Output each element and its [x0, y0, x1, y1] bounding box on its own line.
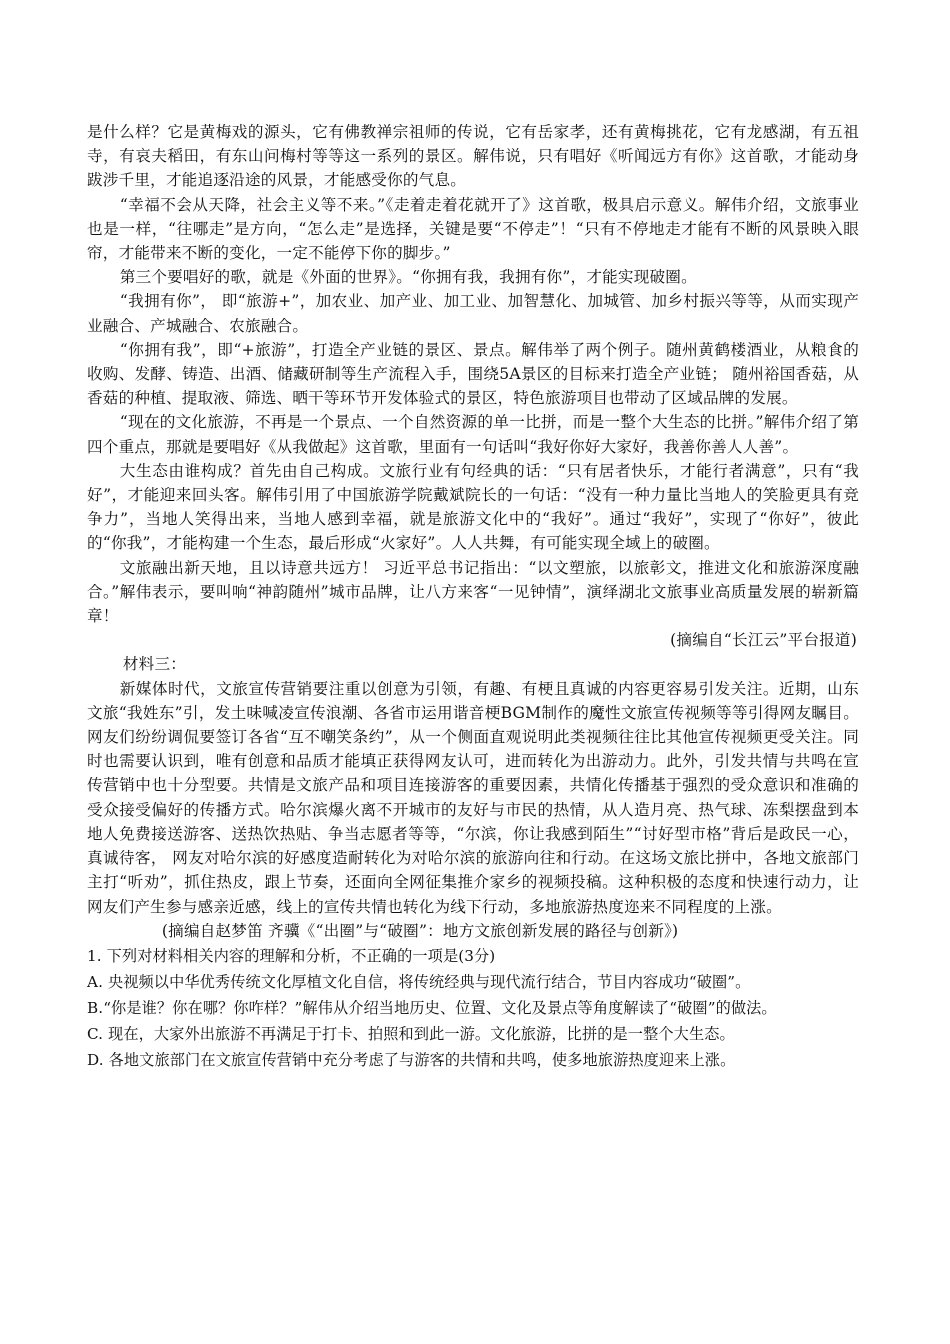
question-stem: 1. 下列对材料相关内容的理解和分析，不正确的一项是(3分) — [87, 943, 859, 969]
paragraph-walking-song: “幸福不会从天降，社会主义等不来。”《走着走着花就开了》这首歌，极具启示意义。解… — [87, 193, 859, 266]
source-citation-material3: (摘编自赵梦笛 齐骥《“出圈”与“破圈”：地方文旅创新发展的路径与创新》) — [87, 919, 859, 943]
option-c: C. 现在，大家外出旅游不再满足于打卡、拍照和到此一游。文化旅游，比拼的是一整个… — [87, 1021, 859, 1047]
source-citation-material2: (摘编自“长江云”平台报道) — [87, 628, 859, 652]
option-d: D. 各地文旅部门在文旅宣传营销中充分考虑了与游客的共情和共鸣，使多地旅游热度迎… — [87, 1047, 859, 1073]
document-page: 是什么样？它是黄梅戏的源头，它有佛教禅宗祖师的传说，它有岳家孝，还有黄梅挑花，它… — [87, 120, 859, 1073]
paragraph-conclusion: 文旅融出新天地，且以诗意共远方！ 习近平总书记指出：“以文塑旅，以旅彰文，推进文… — [87, 556, 859, 629]
paragraph-ecosystem: “现在的文化旅游，不再是一个景点、一个自然资源的单一比拼，而是一整个大生态的比拼… — [87, 410, 859, 458]
paragraph-third-song: 第三个要唱好的歌，就是《外面的世界》。“你拥有我，我拥有你”，才能实现破圈。 — [87, 265, 859, 289]
material3-paragraph: 新媒体时代，文旅宣传营销要注重以创意为引领，有趣、有梗且真诚的内容更容易引发关注… — [87, 677, 859, 919]
question-block: 1. 下列对材料相关内容的理解和分析，不正确的一项是(3分) A. 央视频以中华… — [87, 943, 859, 1073]
paragraph-tourism-plus: “我拥有你”， 即“旅游+”，加农业、加产业、加工业、加智慧化、加城管、加乡村振… — [87, 289, 859, 337]
paragraph-intro-continued: 是什么样？它是黄梅戏的源头，它有佛教禅宗祖师的传说，它有岳家孝，还有黄梅挑花，它… — [87, 120, 859, 193]
option-a: A. 央视频以中华优秀传统文化厚植文化自信，将传统经典与现代流行结合，节目内容成… — [87, 969, 859, 995]
option-b: B.“你是谁？你在哪？你咋样？”解伟从介绍当地历史、位置、文化及景点等角度解读了… — [87, 995, 859, 1021]
material3-label: 材料三： — [87, 652, 859, 676]
paragraph-ecosystem-composition: 大生态由谁构成？首先由自己构成。文旅行业有句经典的话：“只有居者快乐，才能行者满… — [87, 459, 859, 556]
paragraph-plus-tourism: “你拥有我”，即“+旅游”，打造全产业链的景区、景点。解伟举了两个例子。随州黄鹤… — [87, 338, 859, 411]
